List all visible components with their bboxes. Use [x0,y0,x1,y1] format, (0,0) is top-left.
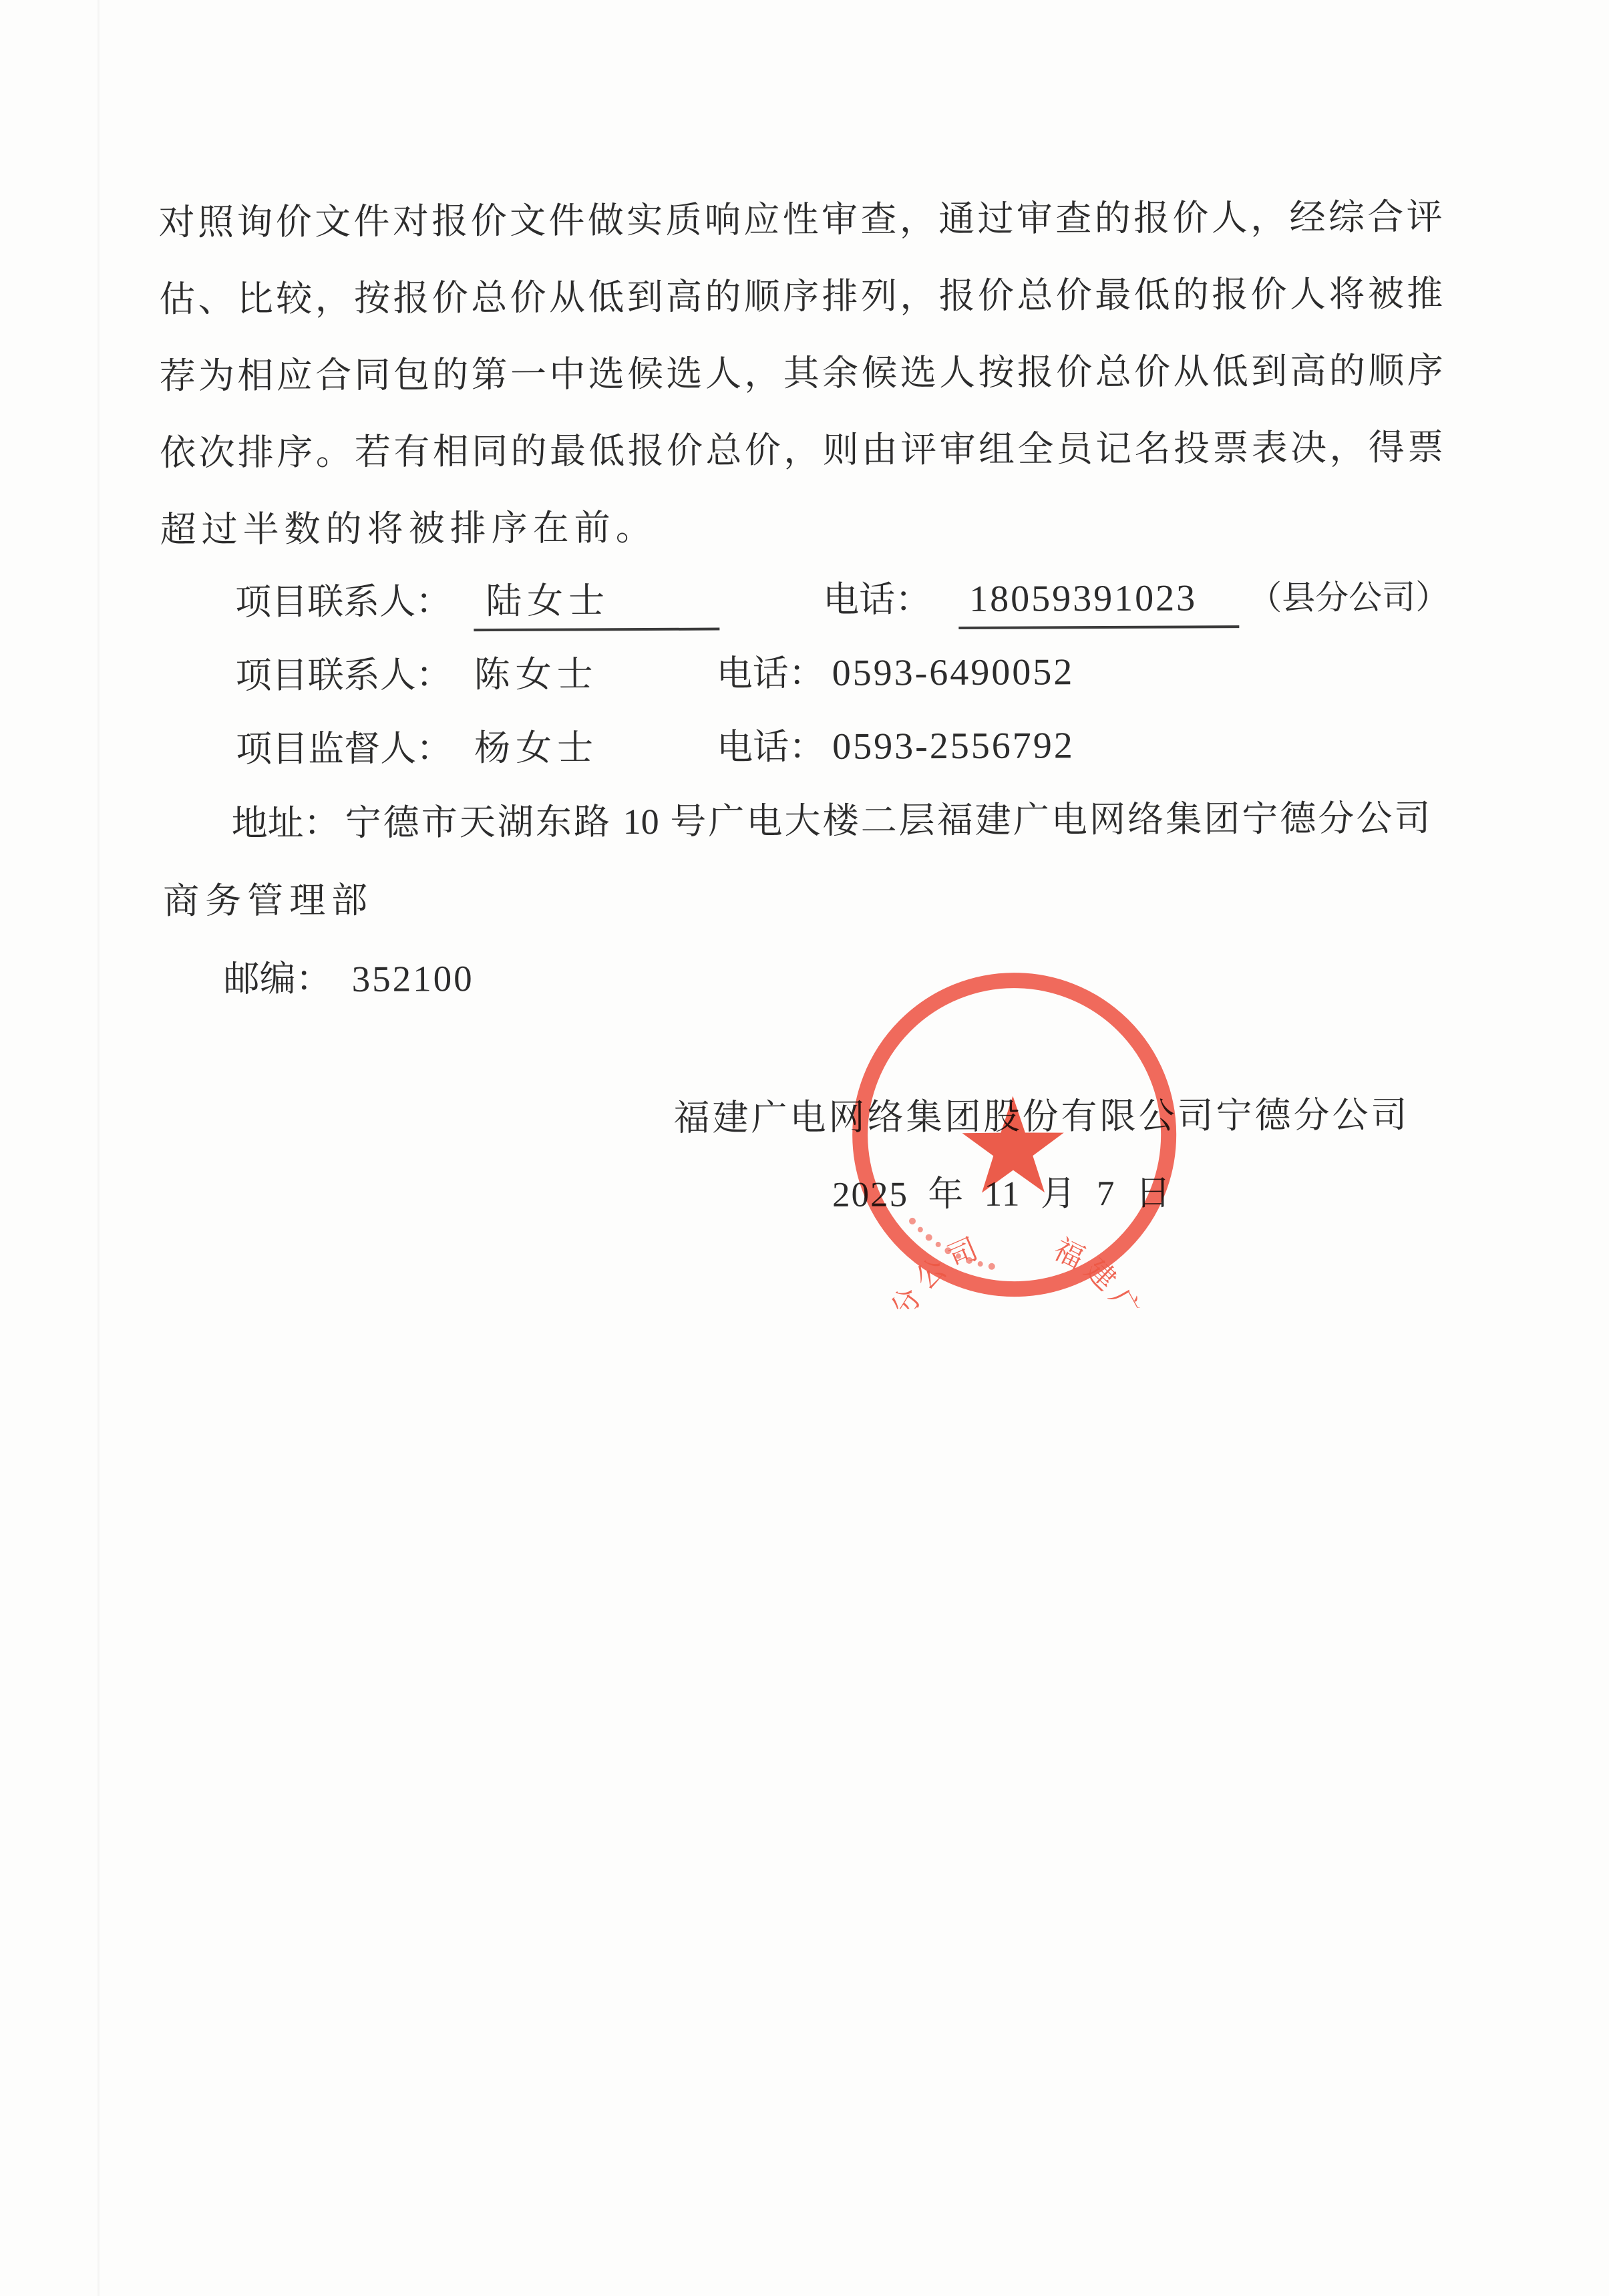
postal-code: 352100 [351,940,474,1017]
address-text: 宁德市天湖东路 10 号广电大楼二层福建广电网络集团宁德分公司 [345,780,1430,862]
address-row: 地址： 宁德市天湖东路 10 号广电大楼二层福建广电网络集团宁德分公司 [0,780,1608,864]
paragraph-line: 对照询价文件对报价文件做实质响应性审查，通过审查的报价人，经综合评 [158,179,1442,261]
paragraph-line: 荐为相应合同包的第一中选候选人，其余候选人按报价总价从低到高的顺序 [159,333,1443,415]
postal-label: 邮编： [223,941,332,1018]
phone-label: 电话： [717,709,826,786]
phone-label: 电话： [716,635,825,713]
address-label: 地址： [231,785,340,862]
department-name: 商务管理部 [163,862,373,940]
phone-value: 0593-2556792 [832,707,1075,786]
phone-value-underlined: 18059391023 [958,564,1239,629]
scanned-document-page: 对照询价文件对报价文件做实质响应性审查，通过审查的报价人，经综合评 估、比较，按… [0,0,1609,2296]
body-paragraph: 对照询价文件对报价文件做实质响应性审查，通过审查的报价人，经综合评 估、比较，按… [158,179,1443,568]
contact-row: 项目联系人： 陆女士 电话： 18059391023 （县分公司） [0,558,1607,643]
phone-label: 电话： [823,561,932,639]
paragraph-line: 依次排序。若有相同的最低报价总价，则由评审组全员记名投票表决，得票 [160,409,1443,492]
contact-name: 陈女士 [474,636,598,713]
contact-row: 项目监督人： 杨女士 电话： 0593-2556792 [0,705,1608,790]
paragraph-line: 超过半数的将被排序在前。 [160,486,1443,568]
star-icon [962,1096,1064,1192]
contact-label: 项目监督人： [236,710,452,788]
county-branch-note: （县分公司） [1248,559,1449,637]
document-content: 对照询价文件对报价文件做实质响应性审查，通过审查的报价人，经综合评 估、比较，按… [0,0,1609,2296]
contact-name-underlined: 陆女士 [474,566,719,632]
department-row: 商务管理部 [0,857,1608,941]
contact-name: 杨女士 [474,709,599,787]
contact-label: 项目联系人： [235,563,452,641]
paragraph-line: 估、比较，按报价总价从低到高的顺序排列，报价总价最低的报价人将被推 [159,256,1443,338]
contact-row: 项目联系人： 陈女士 电话： 0593-6490052 [0,632,1608,716]
phone-value: 0593-6490052 [832,634,1074,712]
official-seal: 福建广电网络集团股份有限公司宁德分公司 [840,960,1189,1309]
postal-row: 邮编： 352100 [0,935,1609,1019]
contact-label: 项目联系人： [235,637,452,714]
